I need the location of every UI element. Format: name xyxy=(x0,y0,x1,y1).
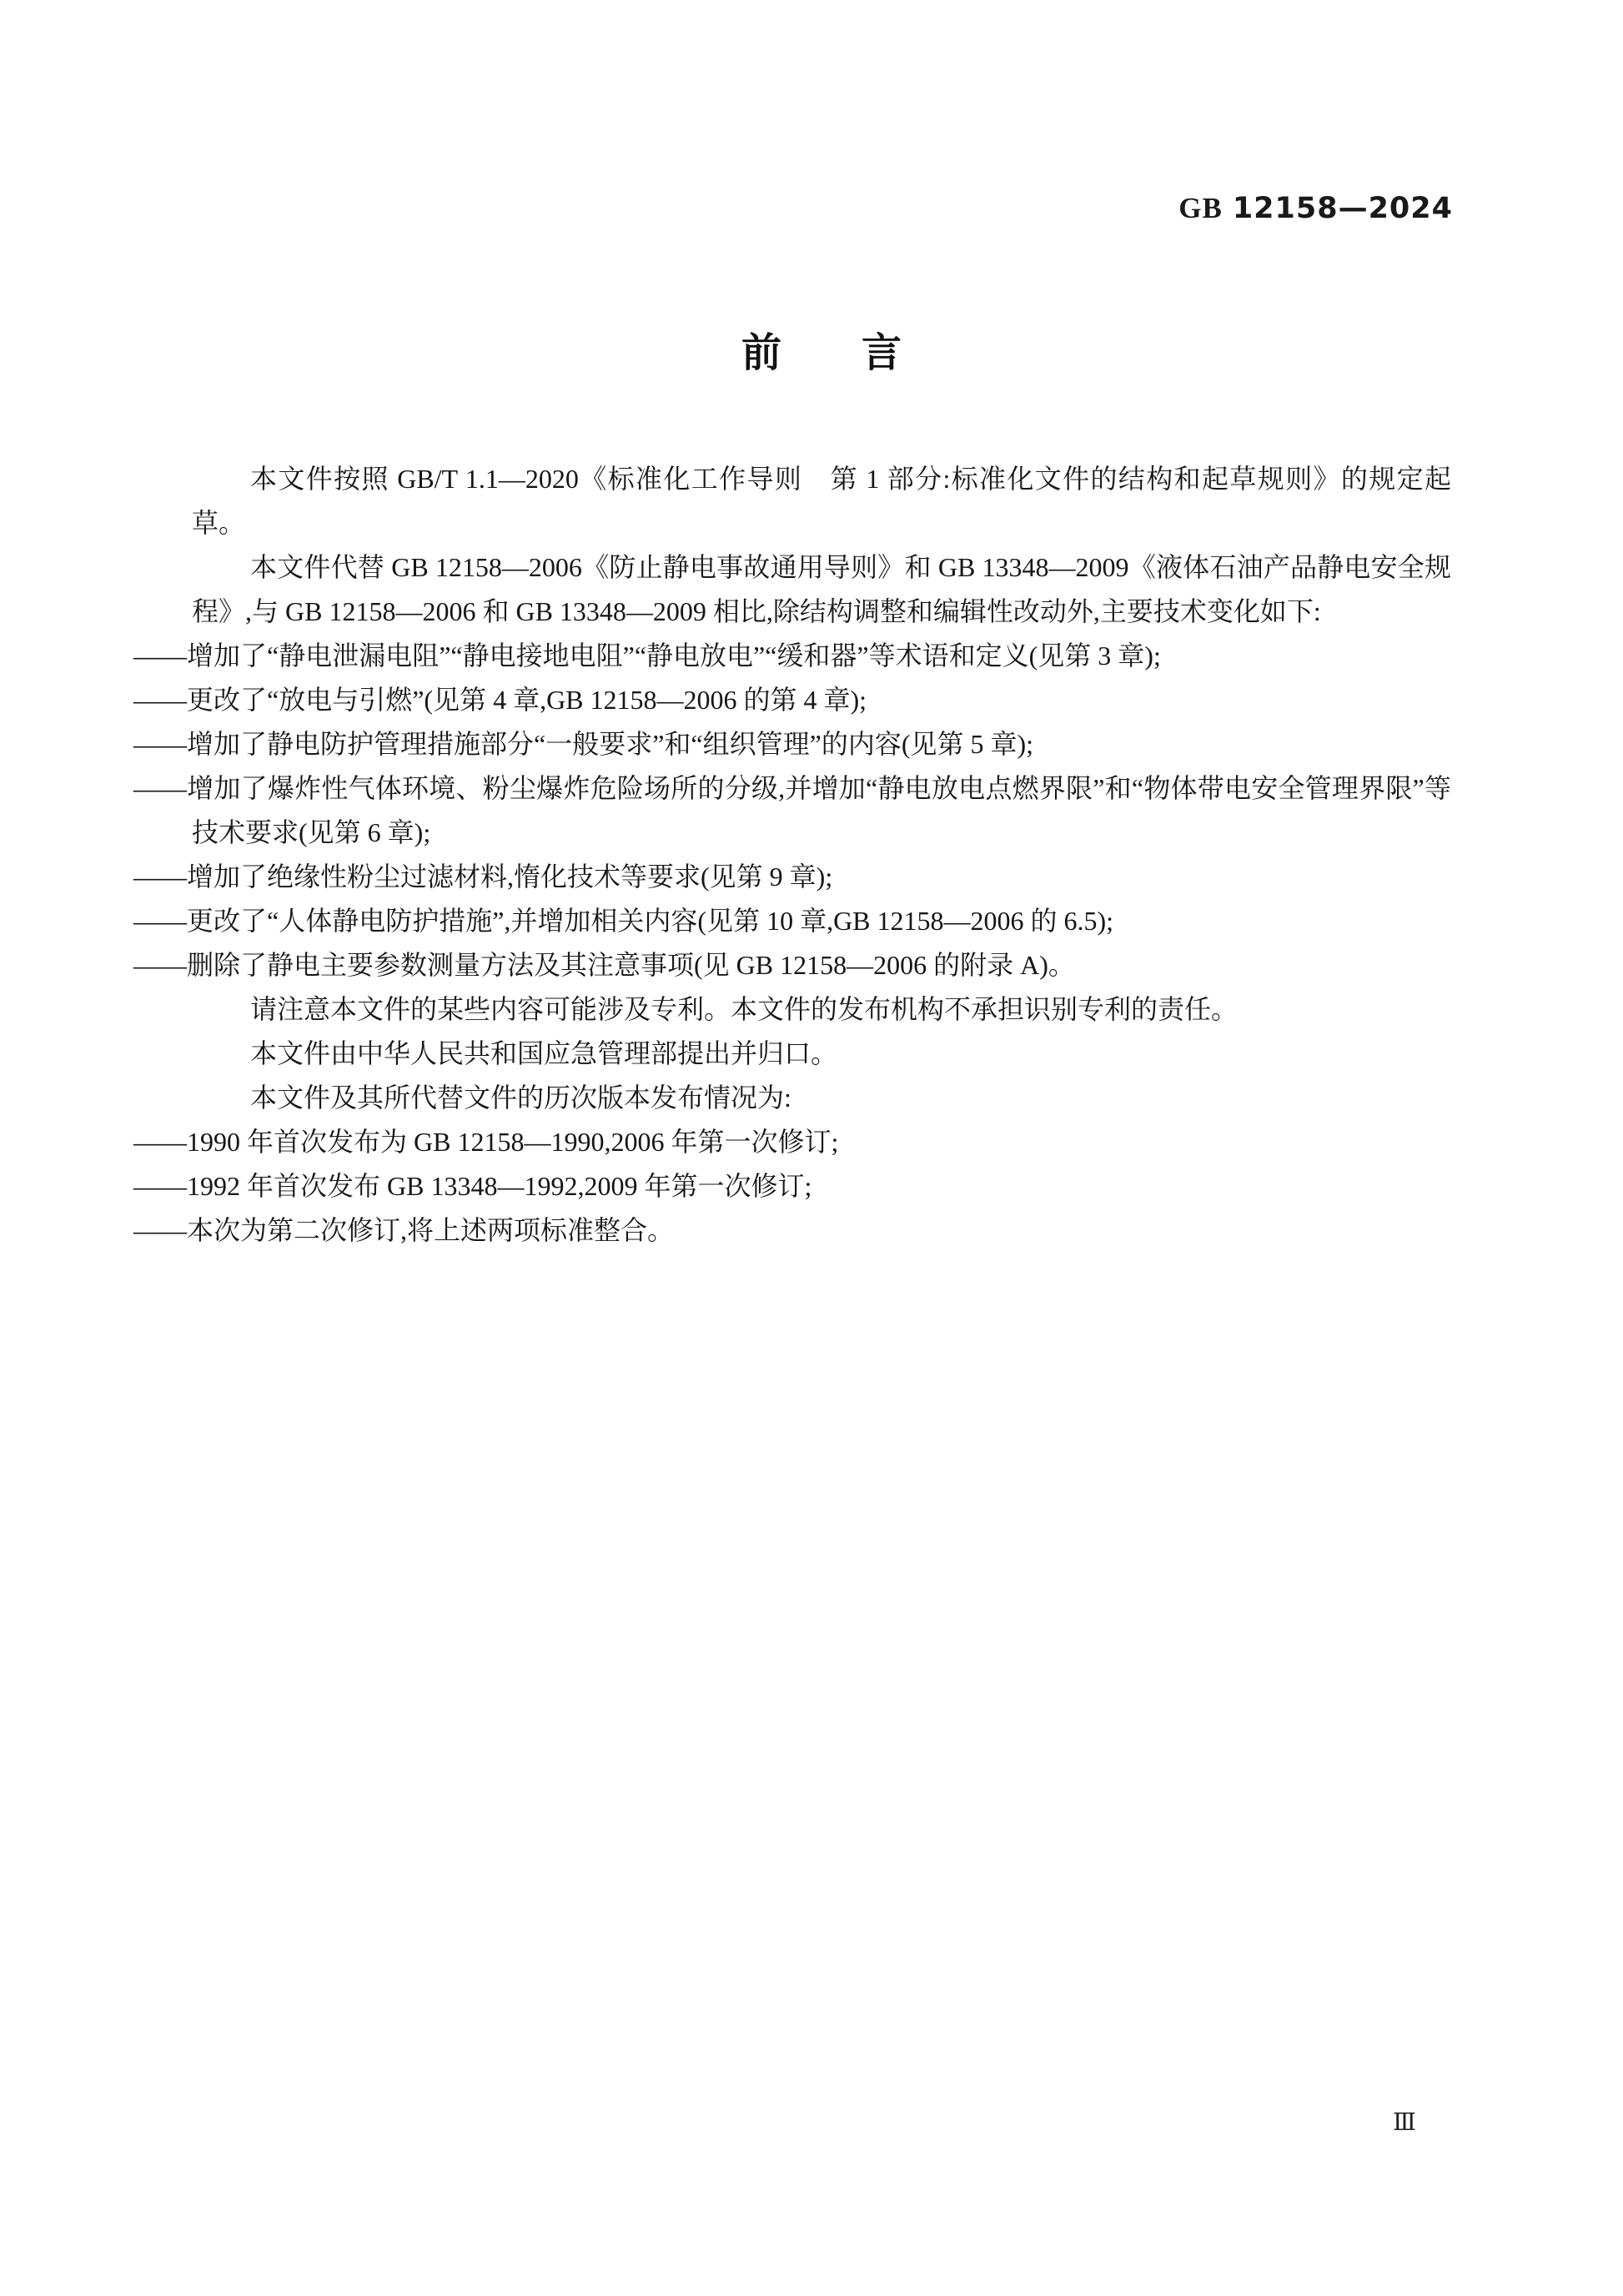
page-number: Ⅲ xyxy=(1378,2108,1431,2137)
foreword-content: 本文件按照 GB/T 1.1—2020《标准化工作导则 第 1 部分:标准化文件… xyxy=(192,457,1451,1253)
foreword-paragraph-patents: 请注意本文件的某些内容可能涉及专利。本文件的发布机构不承担识别专利的责任。 xyxy=(192,987,1451,1032)
foreword-paragraph-basis: 本文件按照 GB/T 1.1—2020《标准化工作导则 第 1 部分:标准化文件… xyxy=(192,457,1451,545)
history-item-current-revision: ——本次为第二次修订,将上述两项标准整合。 xyxy=(192,1208,1451,1253)
change-item-deleted-appendix: ——删除了静电主要参数测量方法及其注意事项(见 GB 12158—2006 的附… xyxy=(192,943,1451,987)
standard-code-prefix: GB xyxy=(1178,192,1223,224)
foreword-paragraph-issuer: 本文件由中华人民共和国应急管理部提出并归口。 xyxy=(192,1032,1451,1076)
document-page: GB12158—2024 前 言 本文件按照 GB/T 1.1—2020《标准化… xyxy=(0,0,1623,2296)
foreword-paragraph-replacement: 本文件代替 GB 12158—2006《防止静电事故通用导则》和 GB 1334… xyxy=(192,545,1451,634)
change-item-discharge-ignition: ——更改了“放电与引燃”(见第 4 章,GB 12158—2006 的第 4 章… xyxy=(192,678,1451,722)
foreword-paragraph-history-intro: 本文件及其所代替文件的历次版本发布情况为: xyxy=(192,1076,1451,1120)
history-item-1992: ——1992 年首次发布 GB 13348—1992,2009 年第一次修订; xyxy=(192,1164,1451,1208)
standard-code: GB12158—2024 xyxy=(1178,192,1453,225)
foreword-title: 前 言 xyxy=(192,330,1451,377)
change-item-terms: ——增加了“静电泄漏电阻”“静电接地电阻”“静电放电”“缓和器”等术语和定义(见… xyxy=(192,634,1451,678)
change-item-dust-filter: ——增加了绝缘性粉尘过滤材料,惰化技术等要求(见第 9 章); xyxy=(192,855,1451,899)
change-item-management: ——增加了静电防护管理措施部分“一般要求”和“组织管理”的内容(见第 5 章); xyxy=(192,722,1451,766)
change-item-human-body: ——更改了“人体静电防护措施”,并增加相关内容(见第 10 章,GB 12158… xyxy=(192,899,1451,943)
history-item-1990: ——1990 年首次发布为 GB 12158—1990,2006 年第一次修订; xyxy=(192,1120,1451,1164)
standard-code-number: 12158—2024 xyxy=(1233,192,1453,225)
change-item-explosive-zones: ——增加了爆炸性气体环境、粉尘爆炸危险场所的分级,并增加“静电放电点燃界限”和“… xyxy=(192,766,1451,855)
